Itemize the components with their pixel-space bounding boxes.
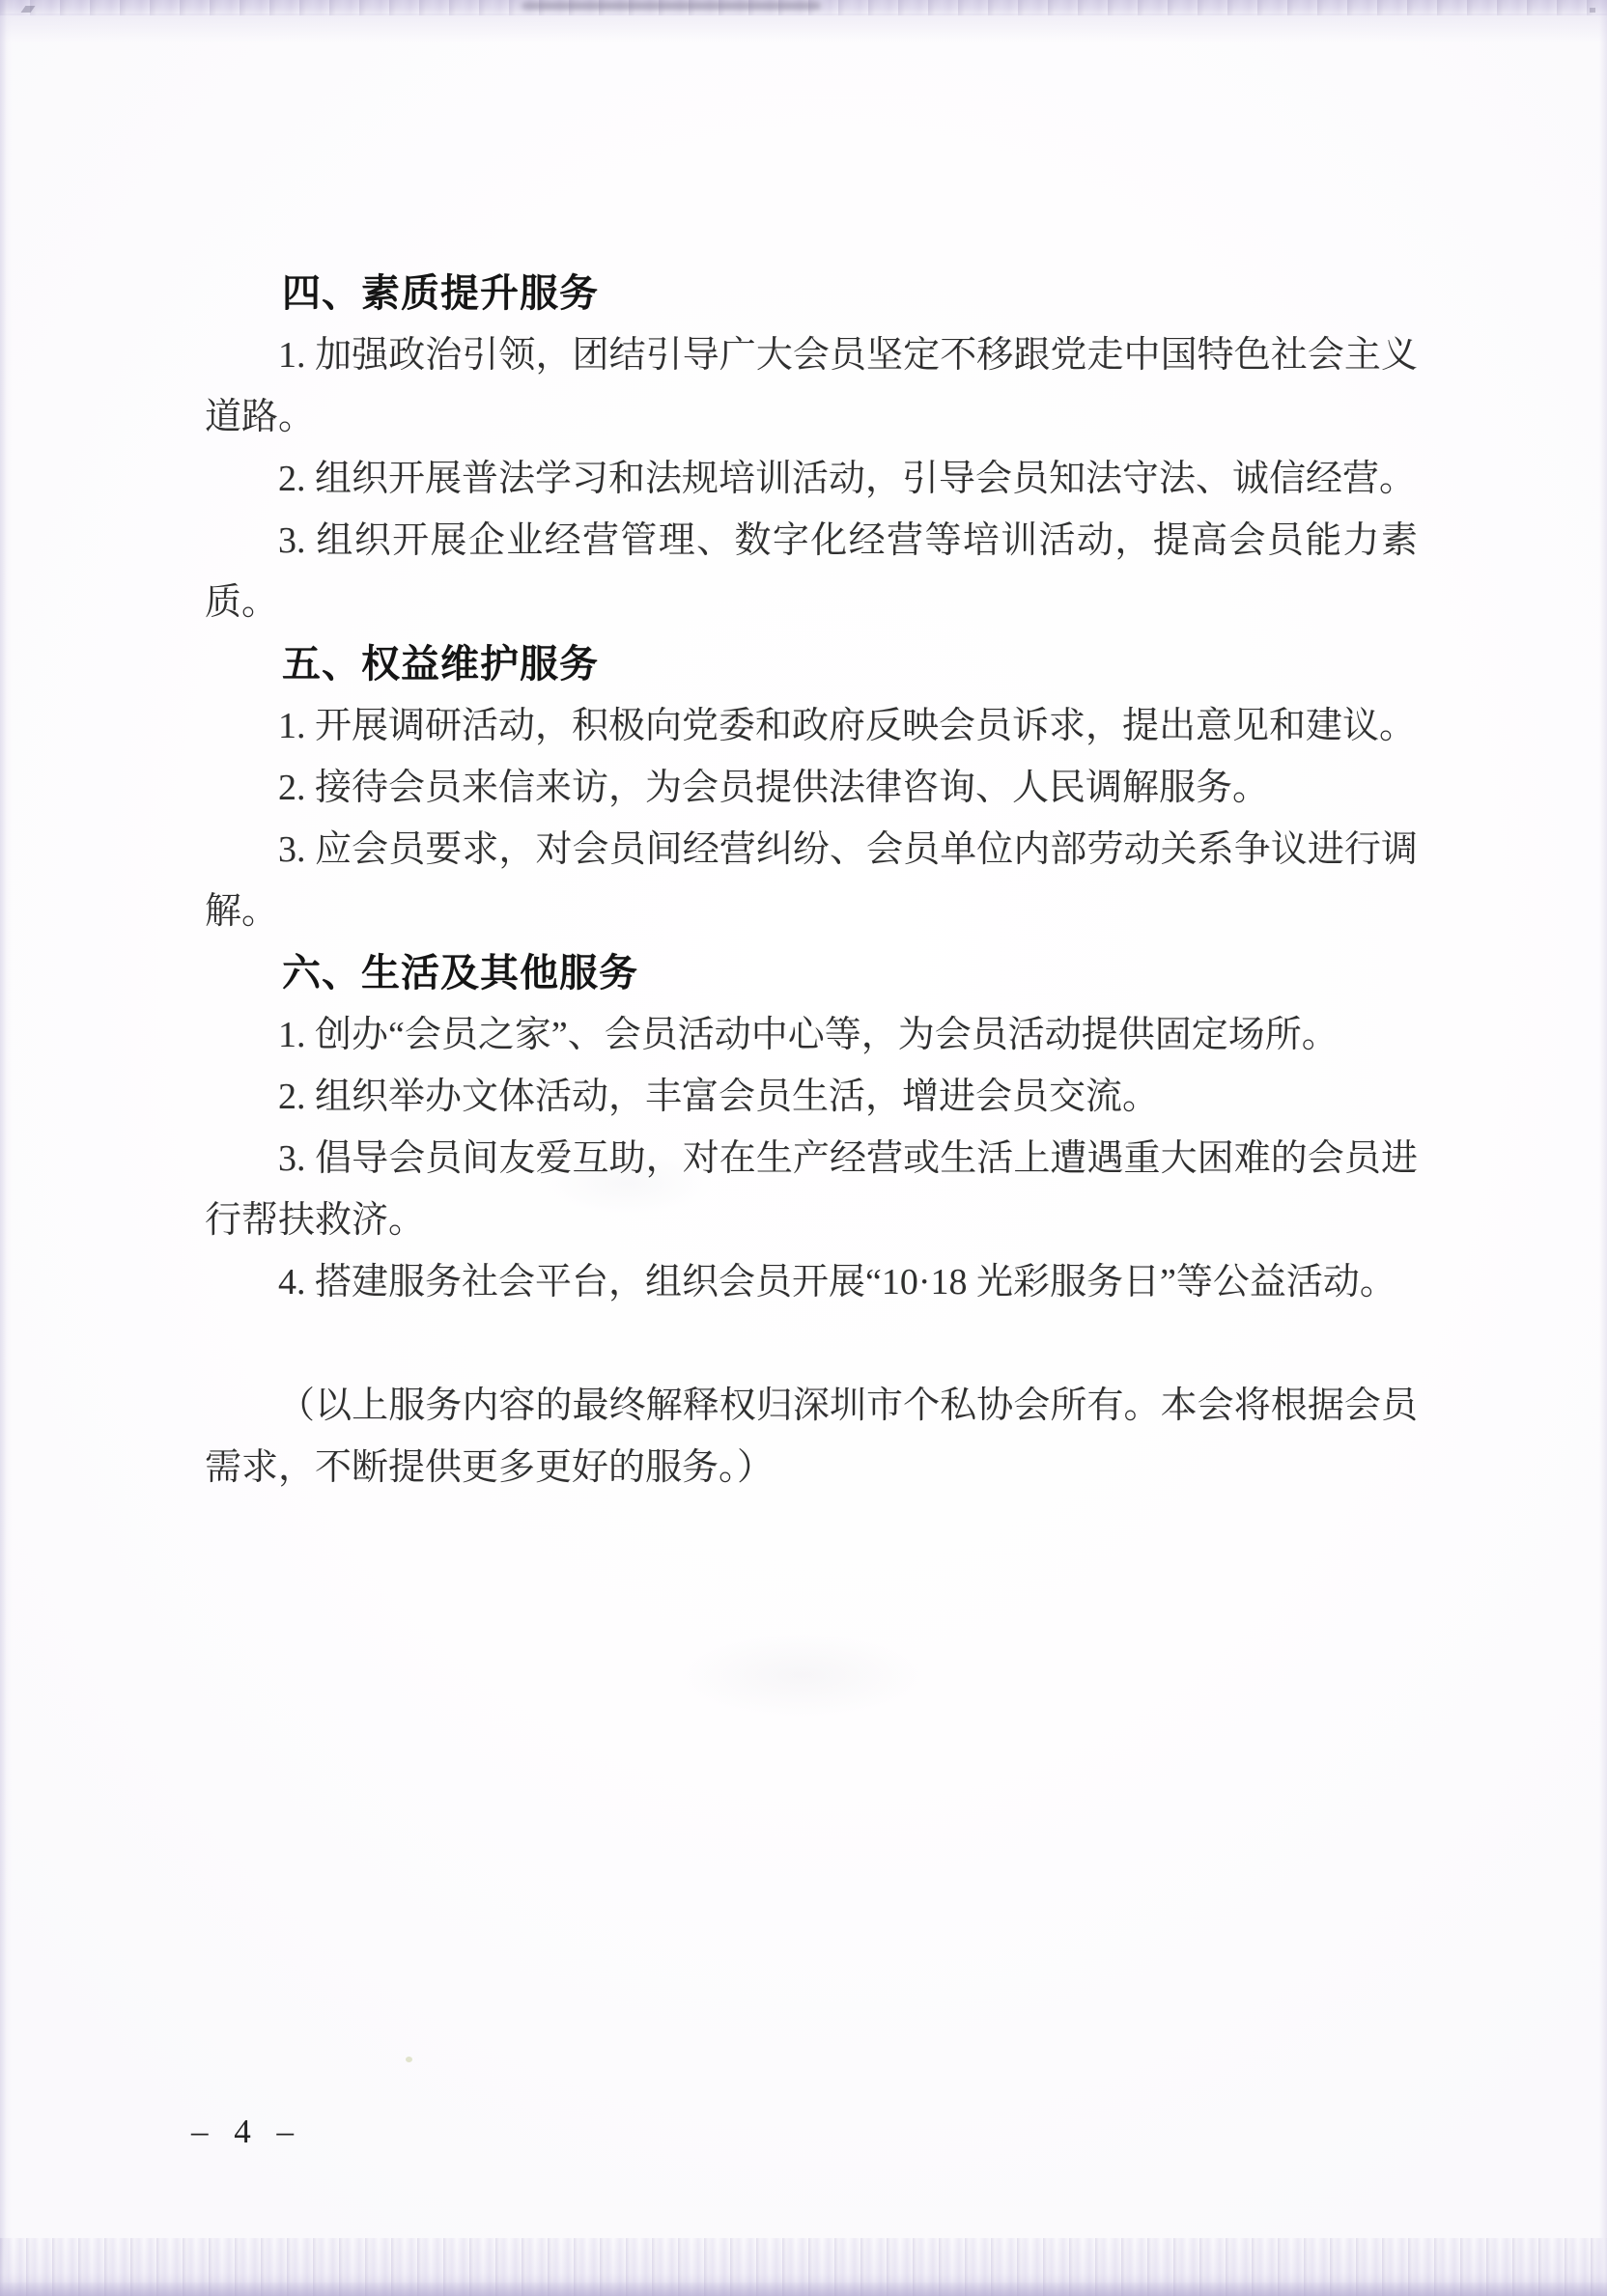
scan-noise-bottom-edge: [0, 2282, 1607, 2296]
paragraph: 3. 组织开展企业经营管理、数字化经营等培训活动，提高会员能力素质。: [205, 510, 1418, 633]
paragraph: 2. 组织举办文体活动，丰富会员生活，增进会员交流。: [205, 1066, 1418, 1128]
scan-noise-right-edge: [1599, 0, 1607, 2296]
scan-smudge-top: [522, 2, 821, 10]
closing-note: （以上服务内容的最终解释权归深圳市个私协会所有。本会将根据会员需求，不断提供更多…: [205, 1375, 1418, 1498]
scan-noise-left-edge: [0, 0, 12, 2296]
scanned-document-page: { "document": { "sections": [ { "heading…: [0, 0, 1607, 2296]
paragraph: 2. 组织开展普法学习和法规培训活动，引导会员知法守法、诚信经营。: [205, 448, 1418, 510]
paragraph: 1. 创办“会员之家”、会员活动中心等，为会员活动提供固定场所。: [205, 1004, 1418, 1066]
page-number: – 4 –: [191, 2113, 302, 2151]
paragraph: 1. 开展调研活动，积极向党委和政府反映会员诉求，提出意见和建议。: [205, 695, 1418, 757]
scan-noise-top-fade: [0, 14, 1607, 42]
paragraph: 3. 应会员要求，对会员间经营纠纷、会员单位内部劳动关系争议进行调解。: [205, 819, 1418, 942]
section-heading-5: 五、权益维护服务: [205, 633, 1418, 695]
scan-smudge-faint-2: [676, 1632, 927, 1719]
scan-speck: [1590, 8, 1595, 13]
paragraph: 3. 倡导会员间友爱互助，对在生产经营或生活上遭遇重大困难的会员进行帮扶救济。: [205, 1128, 1418, 1251]
section-heading-6: 六、生活及其他服务: [205, 942, 1418, 1004]
paragraph: 1. 加强政治引领，团结引导广大会员坚定不移跟党走中国特色社会主义道路。: [205, 324, 1418, 448]
paragraph: 2. 接待会员来信来访，为会员提供法律咨询、人民调解服务。: [205, 757, 1418, 819]
document-body: 四、素质提升服务 1. 加强政治引领，团结引导广大会员坚定不移跟党走中国特色社会…: [205, 263, 1418, 1498]
paragraph: 4. 搭建服务社会平台，组织会员开展“10·18 光彩服务日”等公益活动。: [205, 1251, 1418, 1313]
section-heading-4: 四、素质提升服务: [205, 263, 1418, 324]
scan-speck: [406, 2057, 412, 2062]
